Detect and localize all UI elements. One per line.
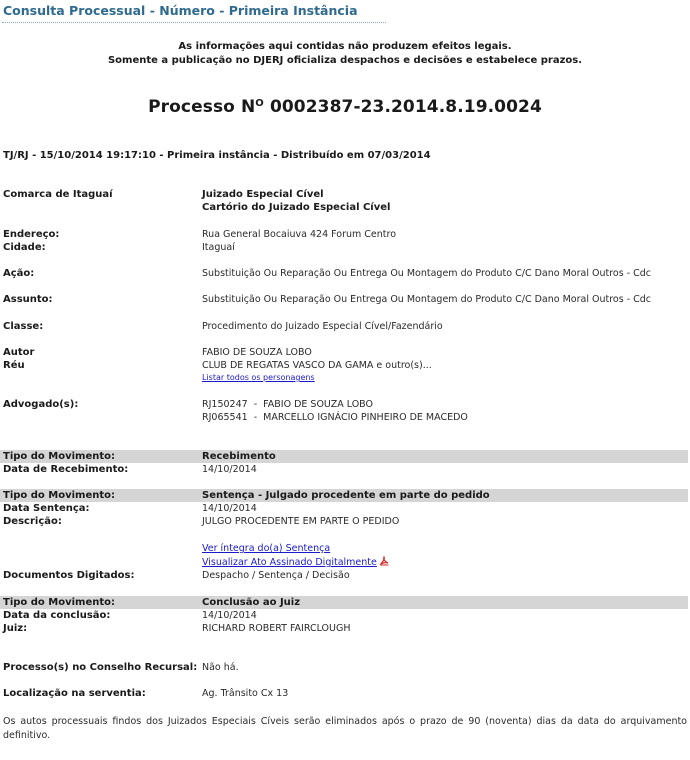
endereco-row: Endereço: Rua General Bocaiuva 424 Forum… <box>0 228 690 241</box>
process-number: 0002387-23.2014.8.19.0024 <box>270 97 542 117</box>
movement-date-row-2: Data Sentença: 14/10/2014 <box>0 502 690 515</box>
autor-label: Autor <box>3 346 34 359</box>
acao-label: Ação: <box>3 267 34 280</box>
cidade-value: Itaguaí <box>202 241 235 254</box>
list-all-row: Listar todos os personagens <box>0 371 690 384</box>
advogado-item: RJ150247 - FABIO DE SOUZA LOBO <box>202 398 373 411</box>
title-divider <box>2 22 386 23</box>
movement-date-value: 14/10/2014 <box>202 609 257 622</box>
conselho-value: Não há. <box>202 661 239 674</box>
localizacao-label: Localização na serventia: <box>3 687 146 700</box>
conselho-row: Processo(s) no Conselho Recursal: Não há… <box>0 661 690 674</box>
docs-label: Documentos Digitados: <box>3 569 134 582</box>
movement-desc-label: Descrição: <box>3 515 62 528</box>
comarca-row-2: Cartório do Juizado Especial Cível <box>0 201 690 214</box>
movement-type-value: Conclusão ao Juiz <box>202 596 300 609</box>
advogados-row-2: RJ065541 - MARCELLO IGNÁCIO PINHEIRO DE … <box>0 411 690 424</box>
pdf-icon[interactable] <box>380 556 389 566</box>
localizacao-row: Localização na serventia: Ag. Trânsito C… <box>0 687 690 700</box>
movement-date-row-1: Data de Recebimento: 14/10/2014 <box>0 463 690 476</box>
view-signed-wrapper: Visualizar Ato Assinado Digitalmente <box>202 556 389 569</box>
autor-value: FABIO DE SOUZA LOBO <box>202 346 312 359</box>
list-all-parties-link[interactable]: Listar todos os personagens <box>202 371 315 384</box>
classe-value: Procedimento do Juizado Especial Cível/F… <box>202 320 443 333</box>
movement-header-1: Tipo do Movimento: Recebimento <box>0 450 688 463</box>
comarca-row: Comarca de Itaguaí Juizado Especial Cíve… <box>0 188 690 201</box>
movement-type-value: Sentença - Julgado procedente em parte d… <box>202 489 490 502</box>
cidade-row: Cidade: Itaguaí <box>0 241 690 254</box>
movement-desc-value: JULGO PROCEDENTE EM PARTE O PEDIDO <box>202 515 399 528</box>
movement-date-row-3: Data da conclusão: 14/10/2014 <box>0 609 690 622</box>
movement-header-2: Tipo do Movimento: Sentença - Julgado pr… <box>0 489 688 502</box>
autor-row: Autor FABIO DE SOUZA LOBO <box>0 346 690 359</box>
advogado-item: RJ065541 - MARCELLO IGNÁCIO PINHEIRO DE … <box>202 411 468 424</box>
page-title: Consulta Processual - Número - Primeira … <box>3 3 387 18</box>
movement-date-label: Data da conclusão: <box>3 609 110 622</box>
notice-line-1: As informações aqui contidas não produze… <box>0 40 690 54</box>
movement-date-label: Data Sentença: <box>3 502 90 515</box>
judge-row: Juiz: RICHARD ROBERT FAIRCLOUGH <box>0 622 690 635</box>
view-signed-row: Visualizar Ato Assinado Digitalmente <box>0 556 690 569</box>
localizacao-value: Ag. Trânsito Cx 13 <box>202 687 288 700</box>
process-title-sup: O <box>255 98 264 109</box>
judge-label: Juiz: <box>3 622 27 635</box>
classe-row: Classe: Procedimento do Juizado Especial… <box>0 320 690 333</box>
notice-line-2: Somente a publicação no DJERJ oficializa… <box>0 54 690 68</box>
conselho-label: Processo(s) no Conselho Recursal: <box>3 661 197 674</box>
advogados-label: Advogado(s): <box>3 398 78 411</box>
classe-label: Classe: <box>3 320 43 333</box>
comarca-label: Comarca de Itaguaí <box>3 188 113 201</box>
process-title-prefix: Processo N <box>148 97 255 117</box>
movement-desc-row: Descrição: JULGO PROCEDENTE EM PARTE O P… <box>0 515 690 528</box>
acao-value: Substituição Ou Reparação Ou Entrega Ou … <box>202 267 651 280</box>
movement-type-label: Tipo do Movimento: <box>3 596 115 609</box>
assunto-label: Assunto: <box>3 293 53 306</box>
footer-note: Os autos processuais findos dos Juizados… <box>3 715 687 743</box>
movement-type-label: Tipo do Movimento: <box>3 450 115 463</box>
view-full-sentence-link[interactable]: Ver íntegra do(a) Sentença <box>202 542 330 555</box>
advogados-row: Advogado(s): RJ150247 - FABIO DE SOUZA L… <box>0 398 690 411</box>
movement-date-value: 14/10/2014 <box>202 502 257 515</box>
movement-type-label: Tipo do Movimento: <box>3 489 115 502</box>
docs-value: Despacho / Sentença / Decisão <box>202 569 350 582</box>
assunto-value: Substituição Ou Reparação Ou Entrega Ou … <box>202 293 651 306</box>
movement-date-value: 14/10/2014 <box>202 463 257 476</box>
view-sentence-row: Ver íntegra do(a) Sentença <box>0 542 690 555</box>
legal-notice: As informações aqui contidas não produze… <box>0 40 690 68</box>
acao-row: Ação: Substituição Ou Reparação Ou Entre… <box>0 267 690 280</box>
movement-type-value: Recebimento <box>202 450 276 463</box>
movement-header-3: Tipo do Movimento: Conclusão ao Juiz <box>0 596 688 609</box>
docs-row: Documentos Digitados: Despacho / Sentenç… <box>0 569 690 582</box>
endereco-label: Endereço: <box>3 228 59 241</box>
view-signed-act-link[interactable]: Visualizar Ato Assinado Digitalmente <box>202 557 377 568</box>
comarca-value-2: Cartório do Juizado Especial Cível <box>202 201 390 214</box>
assunto-row: Assunto: Substituição Ou Reparação Ou En… <box>0 293 690 306</box>
process-subheading: TJ/RJ - 15/10/2014 19:17:10 - Primeira i… <box>3 150 431 161</box>
cidade-label: Cidade: <box>3 241 46 254</box>
process-title: Processo NO 0002387-23.2014.8.19.0024 <box>0 97 690 117</box>
comarca-value-1: Juizado Especial Cível <box>202 188 324 201</box>
endereco-value: Rua General Bocaiuva 424 Forum Centro <box>202 228 396 241</box>
judge-value: RICHARD ROBERT FAIRCLOUGH <box>202 622 351 635</box>
movement-date-label: Data de Recebimento: <box>3 463 128 476</box>
